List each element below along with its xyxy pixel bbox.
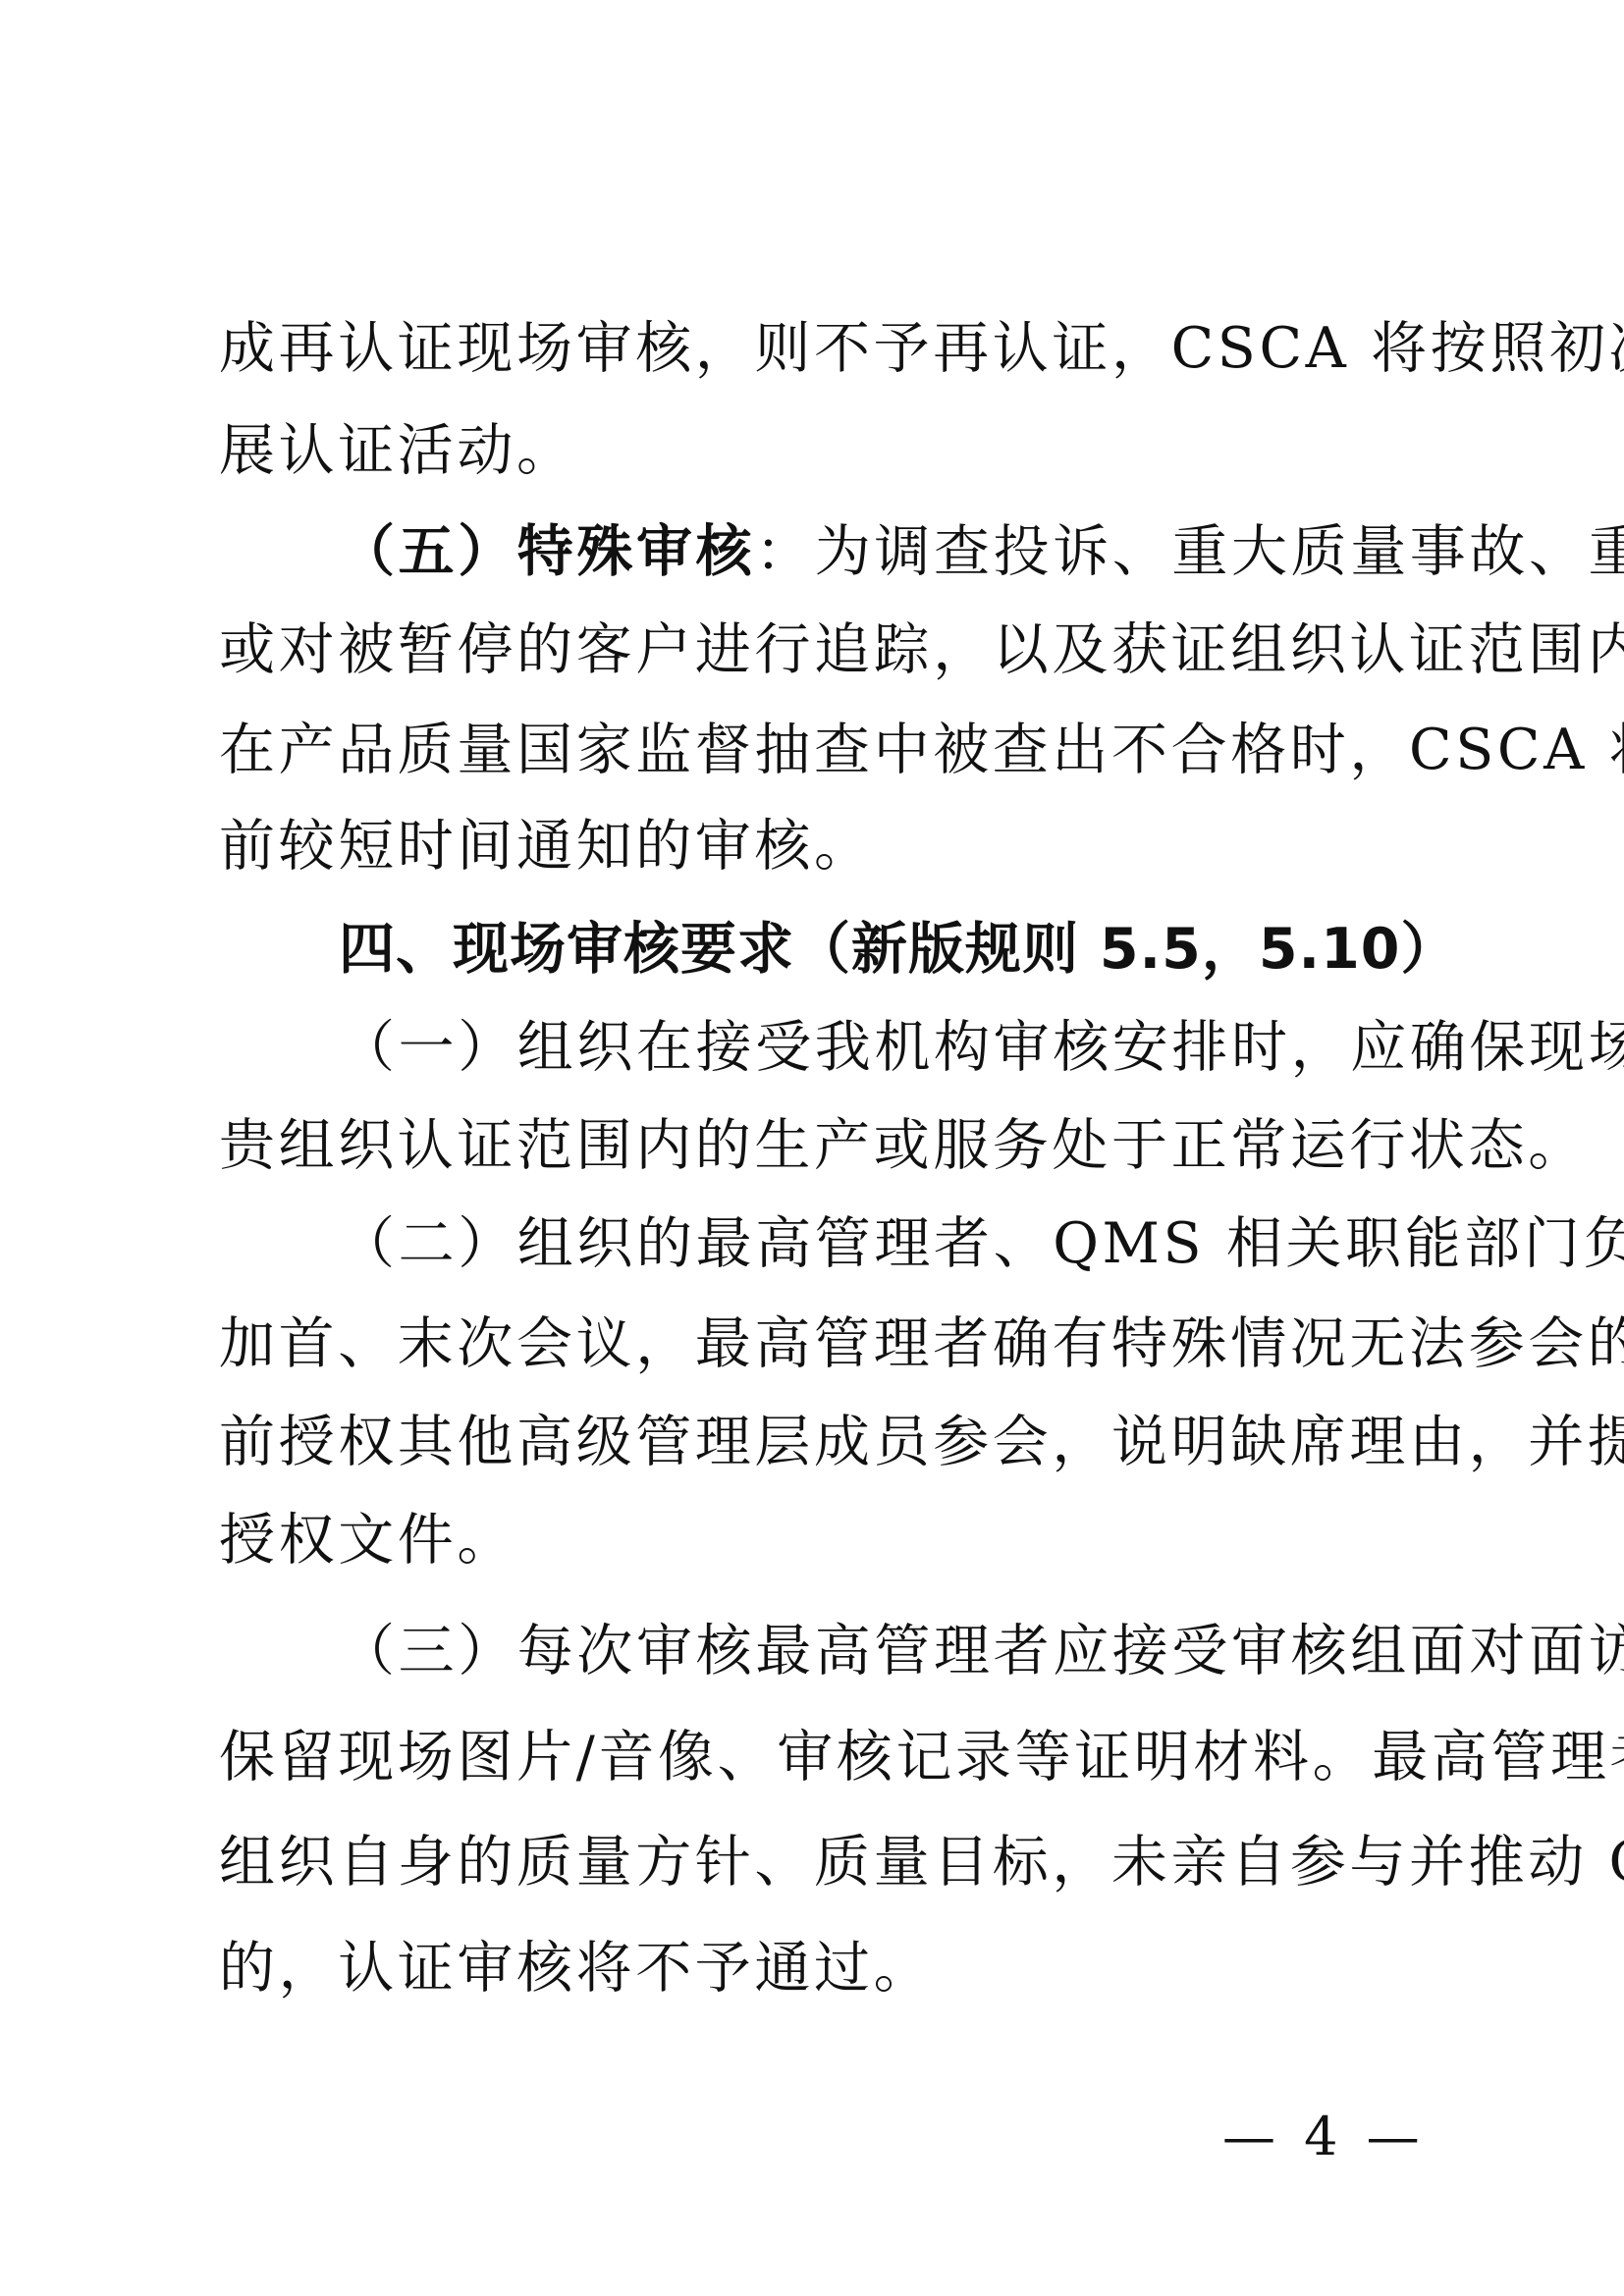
- item-3-line: （三）每次审核最高管理者应接受审核组面对面访谈，并: [339, 1617, 1417, 1685]
- paragraph-line: 展认证活动。: [219, 416, 1417, 485]
- paragraph-line: 在产品质量国家监督抽查中被查出不合格时，CSCA 将实施提: [219, 716, 1417, 784]
- item-2-line: 加首、末次会议，最高管理者确有特殊情况无法参会的，需提: [219, 1309, 1417, 1378]
- item-3-line: 的，认证审核将不予通过。: [219, 1934, 1417, 2002]
- paragraph-line: 前较短时间通知的审核。: [219, 812, 1417, 881]
- item-3-line: 组织自身的质量方针、质量目标，未亲自参与并推动 QMS 实施: [219, 1828, 1417, 1896]
- item-1-line: （一）组织在接受我机构审核安排时，应确保现场审核时: [339, 1013, 1417, 1082]
- special-audit-text: ：为调查投诉、重大质量事故、重大变更，: [755, 519, 1624, 584]
- special-audit-line: （五）特殊审核：为调查投诉、重大质量事故、重大变更，: [339, 517, 1417, 586]
- item-2-line: （二）组织的最高管理者、QMS 相关职能部门负责人应参: [339, 1209, 1417, 1278]
- paragraph-line: 成再认证现场审核，则不予再认证，CSCA 将按照初次认证开: [219, 314, 1417, 383]
- paragraph-line: 或对被暂停的客户进行追踪，以及获证组织认证范围内的产品: [219, 615, 1417, 684]
- page-number: — 4 —: [1222, 2103, 1426, 2171]
- item-2-line: 授权文件。: [219, 1506, 1417, 1575]
- special-audit-label: （五）特殊审核: [339, 518, 755, 584]
- item-1-line: 贵组织认证范围内的生产或服务处于正常运行状态。: [219, 1111, 1417, 1180]
- section-heading: 四、现场审核要求（新版规则 5.5，5.10）: [339, 915, 1417, 984]
- item-2-line: 前授权其他高级管理层成员参会，说明缺席理由，并提交书面: [219, 1408, 1417, 1476]
- item-3-line: 保留现场图片/音像、审核记录等证明材料。最高管理者不熟悉: [219, 1723, 1417, 1791]
